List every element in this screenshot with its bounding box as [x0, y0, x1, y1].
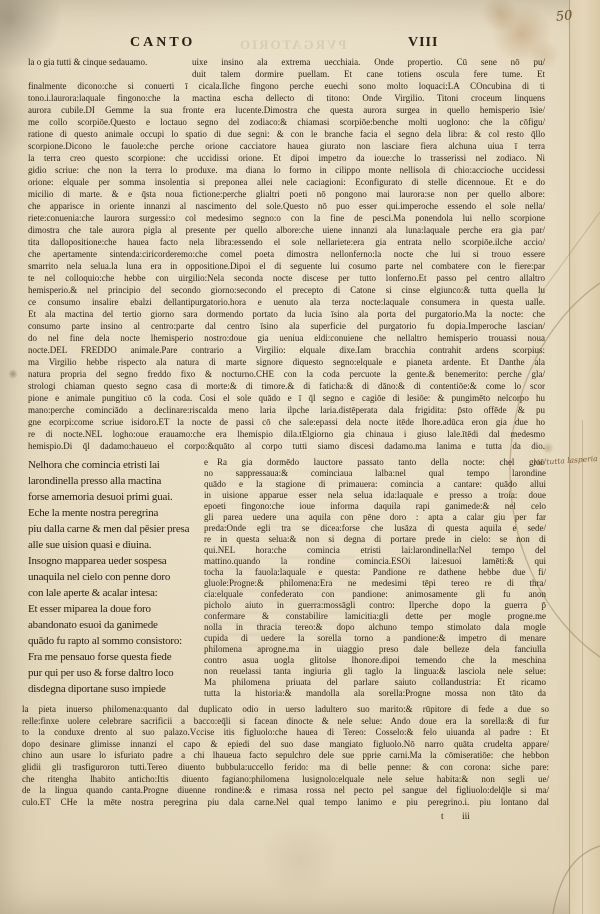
- verse-line: forse amemoria desuoi primi guai.: [28, 489, 208, 505]
- opening-lemma: la o gia tutti & cinque sedauamo.: [28, 56, 147, 68]
- commentary-line: cia:elquale confederato con pandione: an…: [204, 589, 546, 600]
- commentary-line: smarrito nela selua.la luna era in oppos…: [28, 260, 545, 272]
- commentary-line: tutta la historia:& mandolla ala sorella…: [204, 688, 546, 699]
- commentary-line: dimostra che tale aurora pigla al presen…: [28, 224, 545, 236]
- commentary-line: tocha la fauola:laquale e questa: Pandio…: [204, 567, 546, 578]
- verse-line: abandonato esuoi da ganimede: [28, 617, 208, 633]
- commentary-line: Ma philomena priuata del parlare saiuto …: [204, 677, 546, 688]
- verse-line: Fra me pensauo forse questa fiede: [28, 649, 208, 665]
- commentary-line: qui.NEL hora:che comincia etristi lai:la…: [204, 545, 546, 556]
- commentary-line: confermare & constabilire lamicitia:gli …: [204, 611, 546, 622]
- main-commentary-block: finalmente dicono:che si conuerti ī cica…: [28, 80, 545, 452]
- commentary-line: to la conduxe drento al suo palazo.Vccis…: [22, 727, 549, 739]
- verse-line: alle sue uision quasi e diuina.: [28, 537, 208, 553]
- commentary-line: che ritengha lhabito anticho:Itis diuent…: [22, 774, 549, 786]
- commentary-line: non reuelassi tanta ingiuria gli taglo l…: [204, 666, 546, 677]
- commentary-line: cupida di uedere la sorella torno a pand…: [204, 633, 546, 644]
- commentary-line: hemispio.Di q̄l dadamo:haueuo el corpo:&…: [28, 440, 545, 452]
- commentary-line: in uisione apparue esser nela selua ida:…: [204, 490, 546, 501]
- commentary-line: no sappressaua:& cominciaua lalba:nel qu…: [204, 468, 546, 479]
- commentary-line: la terra creo questo scorpione: che ucci…: [28, 152, 545, 164]
- opening-line-right-2: duit talem dormire puellam. Et cane toti…: [192, 68, 545, 80]
- book-page-photo: CANTO PVRGATORIO VIII 50 la o gia tutti …: [0, 0, 600, 914]
- commentary-line: strologi chiaman questo segno casa di mo…: [28, 380, 545, 392]
- commentary-line: nolla in thracia tereo:& dopo alchuno te…: [204, 622, 546, 633]
- page-edge-line: [582, 420, 583, 914]
- gathering-signature-letter: t: [441, 812, 444, 822]
- commentary-line: do nel fine dela nocte lhemisperio nostr…: [28, 332, 545, 344]
- folio-number-handwritten: 50: [555, 8, 573, 25]
- commentary-line: mano:perche cominciādo a declinare:risca…: [28, 404, 545, 416]
- header-canto-label: CANTO: [130, 35, 195, 51]
- verse-line: pur qui per uso & forse daltro loco: [28, 665, 208, 681]
- commentary-line: micilio di marte. & e q̄sta noua fiction…: [28, 188, 545, 200]
- commentary-line: dopo desinare glimisse innanzi el capo &…: [22, 739, 549, 751]
- commentary-line: philomena aprogne.ma in uiaggio preso da…: [204, 644, 546, 655]
- commentary-line: ma Virgilio hebbe rispecto ala natura di…: [28, 356, 545, 368]
- commentary-line: consumo parte insino al centro:parte dal…: [28, 320, 545, 332]
- commentary-line: la pieta inuerso philomena:quanto dal du…: [22, 704, 549, 716]
- commentary-line: Et ala mactina del tertio giorno sara do…: [28, 308, 545, 320]
- commentary-line: che apertamente sintenda:ciricorderemo:c…: [28, 248, 545, 260]
- bottom-commentary-block: la pieta inuerso philomena:quanto dal du…: [22, 704, 549, 808]
- commentary-line: chino aun usare lo isfuriato padre a chi…: [22, 750, 549, 762]
- verse-line: quādo fu rapto al sommo consistoro:: [28, 633, 208, 649]
- commentary-line: gne ecorpi:come scriue isidoro.ET la noc…: [28, 416, 545, 428]
- commentary-line: epoeti fingono:che ioue informa daquila …: [204, 501, 546, 512]
- commentary-line: gidio scriue: che non la terra lo produx…: [28, 164, 545, 176]
- verse-line: disdegna diportane suso impiede: [28, 681, 208, 697]
- header-canto-number: VIII: [408, 35, 438, 51]
- commentary-line: aurora cubile.DI Gemme la sua fronte era…: [28, 104, 545, 116]
- commentary-line: picholo aiuto in guerra:mossāgli contro:…: [204, 600, 546, 611]
- commentary-line: ratione di questo animale occupi lo spat…: [28, 128, 545, 140]
- header-bleedthrough-text: PVRGATORIO: [238, 37, 346, 53]
- commentary-line: che apparisce in oriente innanzi al nasc…: [28, 200, 545, 212]
- commentary-line: relle:finxe uolere celebrare sacrificii …: [22, 716, 549, 728]
- verse-line: Et esser miparea la doue foro: [28, 601, 208, 617]
- commentary-line: natura propria del segno freddo fixo & n…: [28, 368, 545, 380]
- commentary-line: mattino.quando la rondine comincia.ESOi …: [204, 556, 546, 567]
- verse-line: Nelhora che comincia etristi lai: [28, 457, 208, 473]
- gathering-signature-numeral: iii: [462, 812, 470, 822]
- verse-line: unaquila nel cielo con penne doro: [28, 569, 208, 585]
- commentary-line: de la lingua quando canta.Progne diuenne…: [22, 785, 549, 797]
- commentary-line: nocte.DEL FREDDO animale.Pare contrario …: [28, 344, 545, 356]
- commentary-column: e Ra gia dormēdo lauctore passato tanto …: [204, 457, 546, 699]
- commentary-line: preda:Onde egli tra se dicea:forse che l…: [204, 523, 546, 534]
- commentary-line: hemisperio.& nel principio del secondo g…: [28, 284, 545, 296]
- commentary-line: gli parea uedere una aquila con pēne dor…: [204, 512, 546, 523]
- commentary-line: me collo scorpiōe.Questo e loctauo segno…: [28, 116, 545, 128]
- commentary-line: ce consumo insalire ebalzi dellantipurga…: [28, 296, 545, 308]
- commentary-line: culo.ET CHe la mēte nostra peregrina piu…: [22, 797, 549, 809]
- commentary-line: riete:conuenia:che laurora surgessi:o co…: [28, 212, 545, 224]
- commentary-line: finalmente dicono:che si conuerti ī cica…: [28, 80, 545, 92]
- commentary-line: orione: elquale per somma insolentia si …: [28, 176, 545, 188]
- commentary-line: e Ra gia dormēdo lauctore passato tanto …: [204, 457, 546, 468]
- commentary-line: re di nocte.NEL logho:oue erauamo:che er…: [28, 428, 545, 440]
- commentary-line: glidii gli trasfiguroron tutti.Tereo diu…: [22, 762, 549, 774]
- opening-line-right-1: uixe insino ala extrema uecchiaia. Onde …: [192, 56, 545, 68]
- commentary-line: te nel colloquio:che hebbe con uirgilio:…: [28, 272, 545, 284]
- commentary-line: tita dallopositione:che hauea facto nela…: [28, 236, 545, 248]
- verse-line: con lale aperte & acalar intesa:: [28, 585, 208, 601]
- commentary-line: scorpione.Dicono le fauole:che perche or…: [28, 140, 545, 152]
- commentary-line: tono.i.laurora:laquale fingono:che la ma…: [28, 92, 545, 104]
- verse-line: piu dalla carne & men dal pēsier presa: [28, 521, 208, 537]
- commentary-line: re in questa selua:& non si degna di por…: [204, 534, 546, 545]
- verse-line: larondinella presso alla mactina: [28, 473, 208, 489]
- commentary-line: quādo e la stagione di primauera: cominc…: [204, 479, 546, 490]
- verse-line: Insogno mapparea ueder sospesa: [28, 553, 208, 569]
- verse-line: Eche la mente nostra peregrina: [28, 505, 208, 521]
- commentary-line: contro asua uogla glitolse lhonore.dipoi…: [204, 655, 546, 666]
- commentary-line: pione e animale pungitiuo cō la coda. Co…: [28, 392, 545, 404]
- verse-column: Nelhora che comincia etristi lailarondin…: [28, 457, 208, 697]
- commentary-line: gluole:Progne:& philomena:Era ne medesim…: [204, 578, 546, 589]
